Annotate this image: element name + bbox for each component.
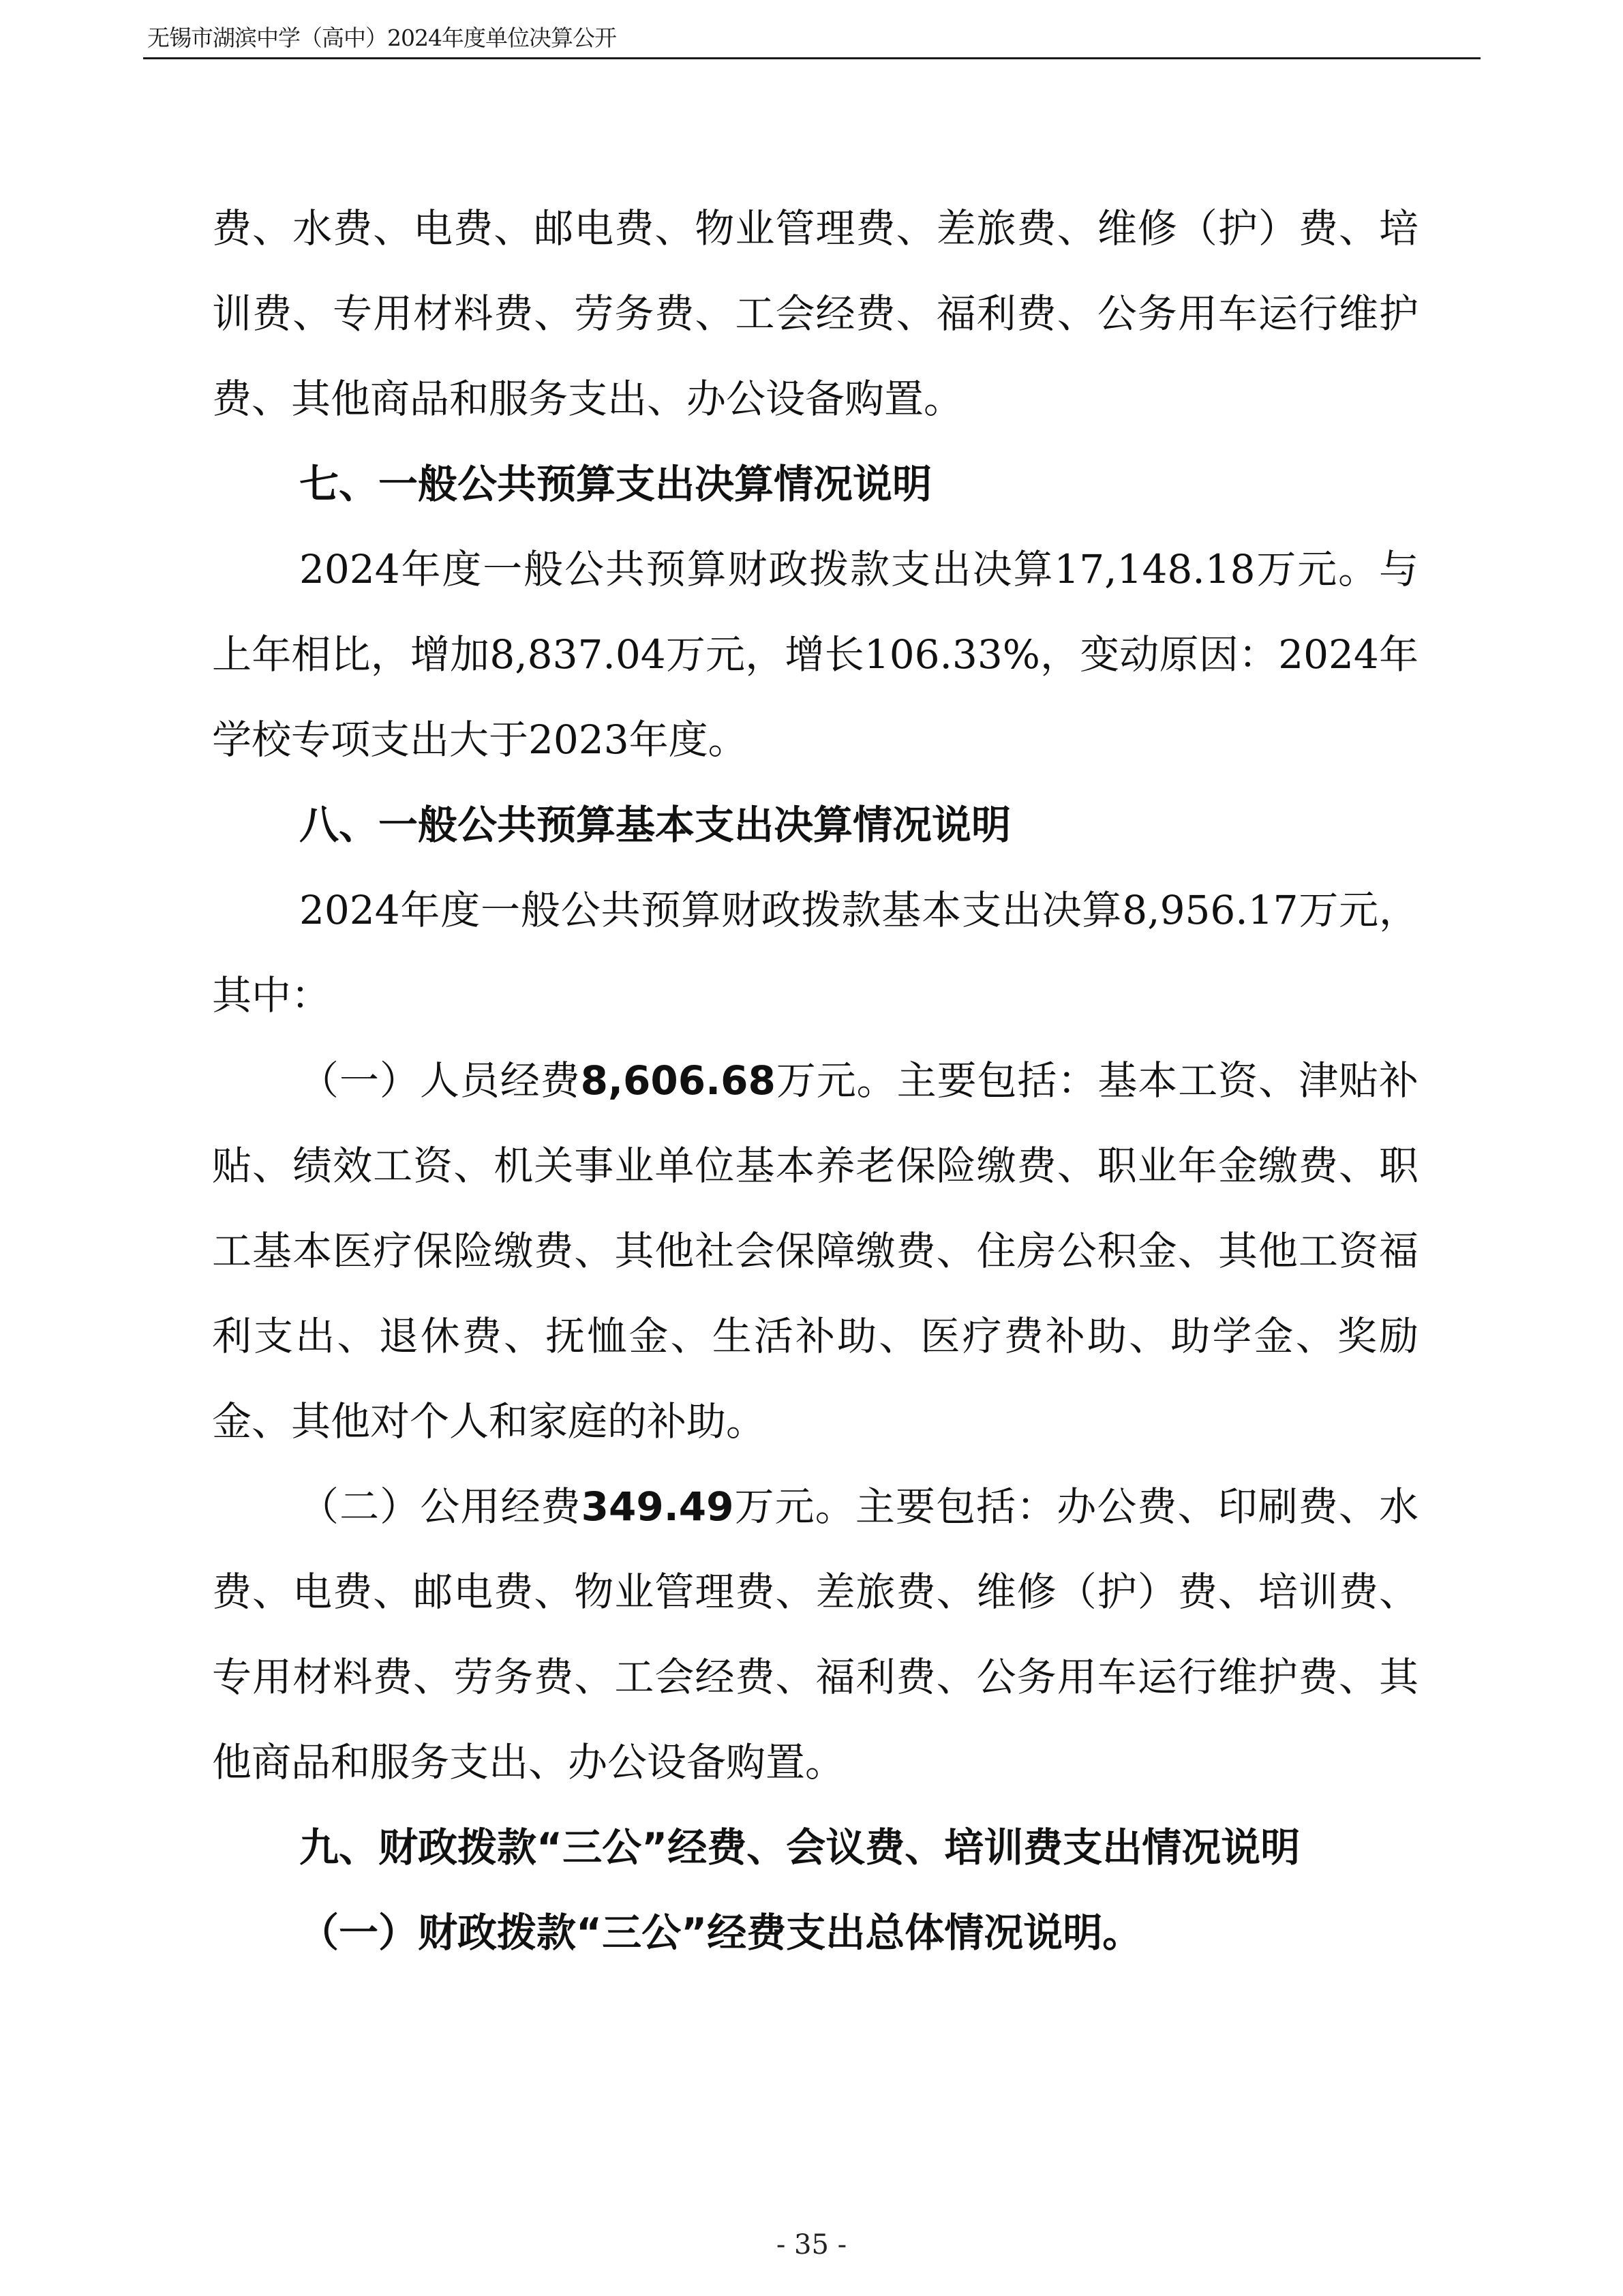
public-expense-paragraph: （二）公用经费349.49万元。主要包括：办公费、印刷费、水费、电费、邮电费、物…	[212, 1464, 1419, 1805]
personnel-expense-paragraph: （一）人员经费8,606.68万元。主要包括：基本工资、津贴补贴、绩效工资、机关…	[212, 1038, 1419, 1464]
header-divider	[143, 57, 1481, 59]
running-header: 无锡市湖滨中学（高中）2024年度单位决算公开	[147, 23, 616, 53]
section-heading-8: 八、一般公共预算基本支出决算情况说明	[212, 783, 1419, 868]
section-7-paragraph: 2024年度一般公共预算财政拨款支出决算17,148.18万元。与上年相比，增加…	[212, 527, 1419, 783]
continuation-paragraph: 费、水费、电费、邮电费、物业管理费、差旅费、维修（护）费、培训费、专用材料费、劳…	[212, 186, 1419, 442]
public-expense-amount: 349.49	[581, 1483, 734, 1530]
personnel-expense-label: （一）人员经费	[299, 1057, 581, 1104]
personnel-expense-detail: 主要包括：基本工资、津贴补贴、绩效工资、机关事业单位基本养老保险缴费、职业年金缴…	[212, 1057, 1419, 1445]
document-body: 费、水费、电费、邮电费、物业管理费、差旅费、维修（护）费、培训费、专用材料费、劳…	[212, 186, 1419, 1976]
page-number: - 35 -	[0, 2228, 1623, 2262]
public-expense-label: （二）公用经费	[299, 1483, 581, 1530]
section-8-paragraph: 2024年度一般公共预算财政拨款基本支出决算8,956.17万元，其中：	[212, 868, 1419, 1038]
personnel-expense-unit: 万元。	[776, 1057, 897, 1104]
section-heading-9: 九、财政拨款“三公”经费、会议费、培训费支出情况说明	[212, 1805, 1419, 1890]
public-expense-unit: 万元。	[733, 1483, 855, 1530]
section-9-subheading: （一）财政拨款“三公”经费支出总体情况说明。	[212, 1890, 1419, 1976]
section-heading-7: 七、一般公共预算支出决算情况说明	[212, 442, 1419, 527]
personnel-expense-amount: 8,606.68	[581, 1057, 776, 1104]
